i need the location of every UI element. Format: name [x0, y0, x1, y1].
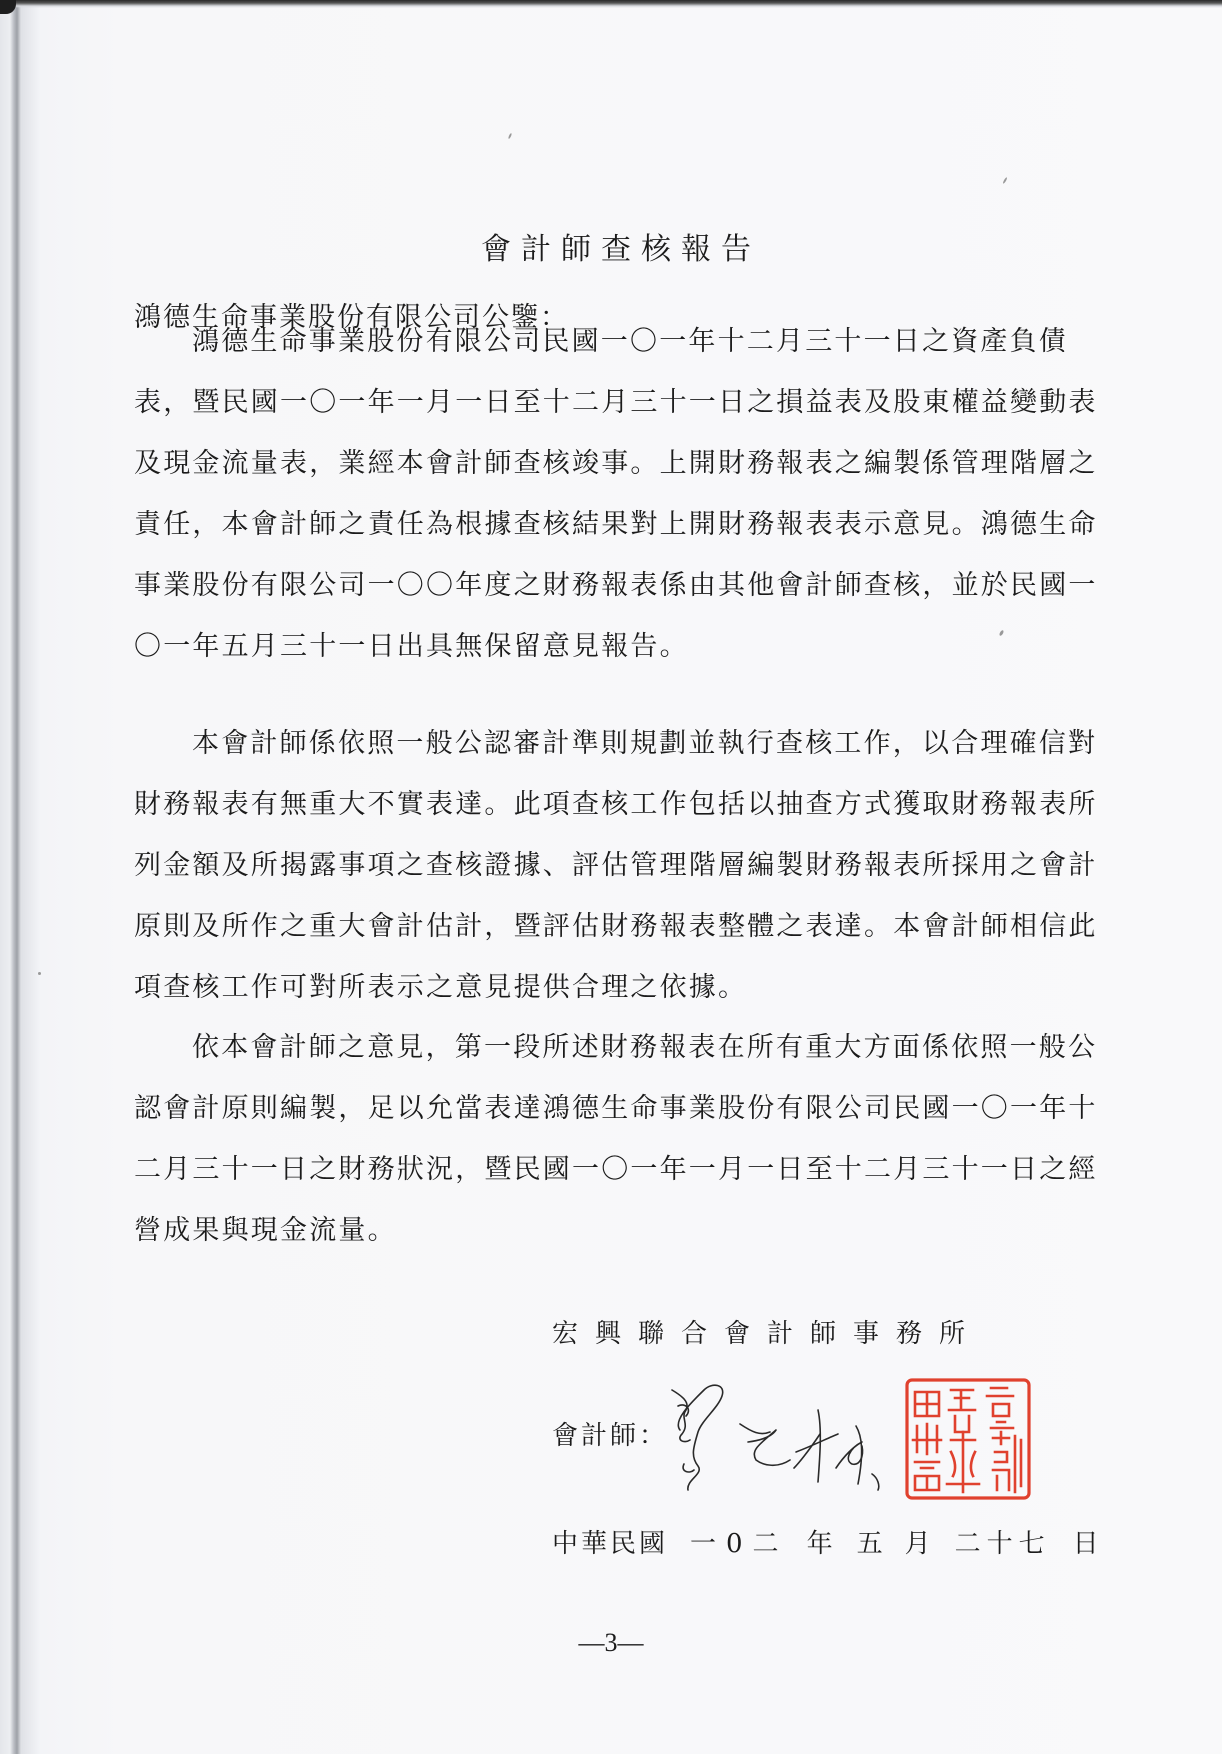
scan-speck [508, 133, 512, 139]
text-line: 本會計師係依照一般公認審計準則規劃並執行查核工作，以合理確信對 [134, 726, 1114, 787]
date-year: 一0二 [690, 1526, 789, 1562]
text-line: 認會計原則編製，足以允當表達鴻德生命事業股份有限公司民國一〇一年十 [134, 1091, 1114, 1152]
text-line: 事業股份有限公司一〇〇年度之財務報表係由其他會計師查核，並於民國一 [134, 568, 1114, 629]
text-line: 責任，本會計師之責任為根據查核結果對上開財務報表表示意見。鴻德生命 [134, 507, 1114, 568]
page-number: —3— [0, 1628, 1222, 1658]
date-month-unit: 月 [905, 1526, 931, 1562]
paragraph-3: 依本會計師之意見，第一段所述財務報表在所有重大方面係依照一般公 認會計原則編製，… [134, 1030, 1114, 1274]
text-line: 財務報表有無重大不實表達。此項查核工作包括以抽查方式獲取財務報表所 [134, 787, 1114, 848]
audit-firm-name: 宏興聯合會計師事務所 [552, 1316, 982, 1352]
scan-top-edge [0, 0, 1222, 8]
report-title: 會計師查核報告 [0, 230, 1222, 270]
text-line: 及現金流量表，業經本會計師查核竣事。上開財務報表之編製係管理階層之 [134, 446, 1114, 507]
text-line: 依本會計師之意見，第一段所述財務報表在所有重大方面係依照一般公 [134, 1030, 1114, 1091]
date-era: 中華民國 [552, 1526, 668, 1562]
text-line: 表，暨民國一〇一年一月一日至十二月三十一日之損益表及股東權益變動表 [134, 385, 1114, 446]
paragraph-1: 鴻德生命事業股份有限公司民國一〇一年十二月三十一日之資產負債 表，暨民國一〇一年… [134, 324, 1114, 690]
scan-speck [1002, 177, 1007, 184]
date-day-unit: 日 [1073, 1526, 1099, 1562]
date-month: 五 [857, 1526, 883, 1562]
handwritten-signature-icon [668, 1380, 888, 1495]
scanned-document-page: 會計師查核報告 鴻德生命事業股份有限公司公鑒： 鴻德生命事業股份有限公司民國一〇… [0, 0, 1222, 1754]
text-line: 二月三十一日之財務狀況，暨民國一〇一年一月一日至十二月三十一日之經 [134, 1152, 1114, 1213]
text-line: 項查核工作可對所表示之意見提供合理之依據。 [134, 970, 1114, 1031]
text-line: 列金額及所揭露事項之查核證據、評估管理階層編製財務報表所採用之會計 [134, 848, 1114, 909]
scan-corner-shadow [0, 0, 16, 14]
cpa-label: 會計師： [552, 1418, 668, 1454]
text-line: 鴻德生命事業股份有限公司民國一〇一年十二月三十一日之資產負債 [134, 324, 1114, 385]
red-cpa-seal-icon [903, 1376, 1033, 1502]
date-year-unit: 年 [807, 1526, 833, 1562]
paragraph-2: 本會計師係依照一般公認審計準則規劃並執行查核工作，以合理確信對 財務報表有無重大… [134, 726, 1114, 1031]
text-line: 原則及所作之重大會計估計，暨評估財務報表整體之表達。本會計師相信此 [134, 909, 1114, 970]
scan-speck [38, 972, 41, 975]
text-line: 營成果與現金流量。 [134, 1213, 1114, 1274]
report-date: 中華民國 一0二 年 五 月 二十七 日 [552, 1526, 1123, 1562]
text-line: 〇一年五月三十一日出具無保留意見報告。 [134, 629, 1114, 690]
date-day: 二十七 [955, 1526, 1051, 1562]
